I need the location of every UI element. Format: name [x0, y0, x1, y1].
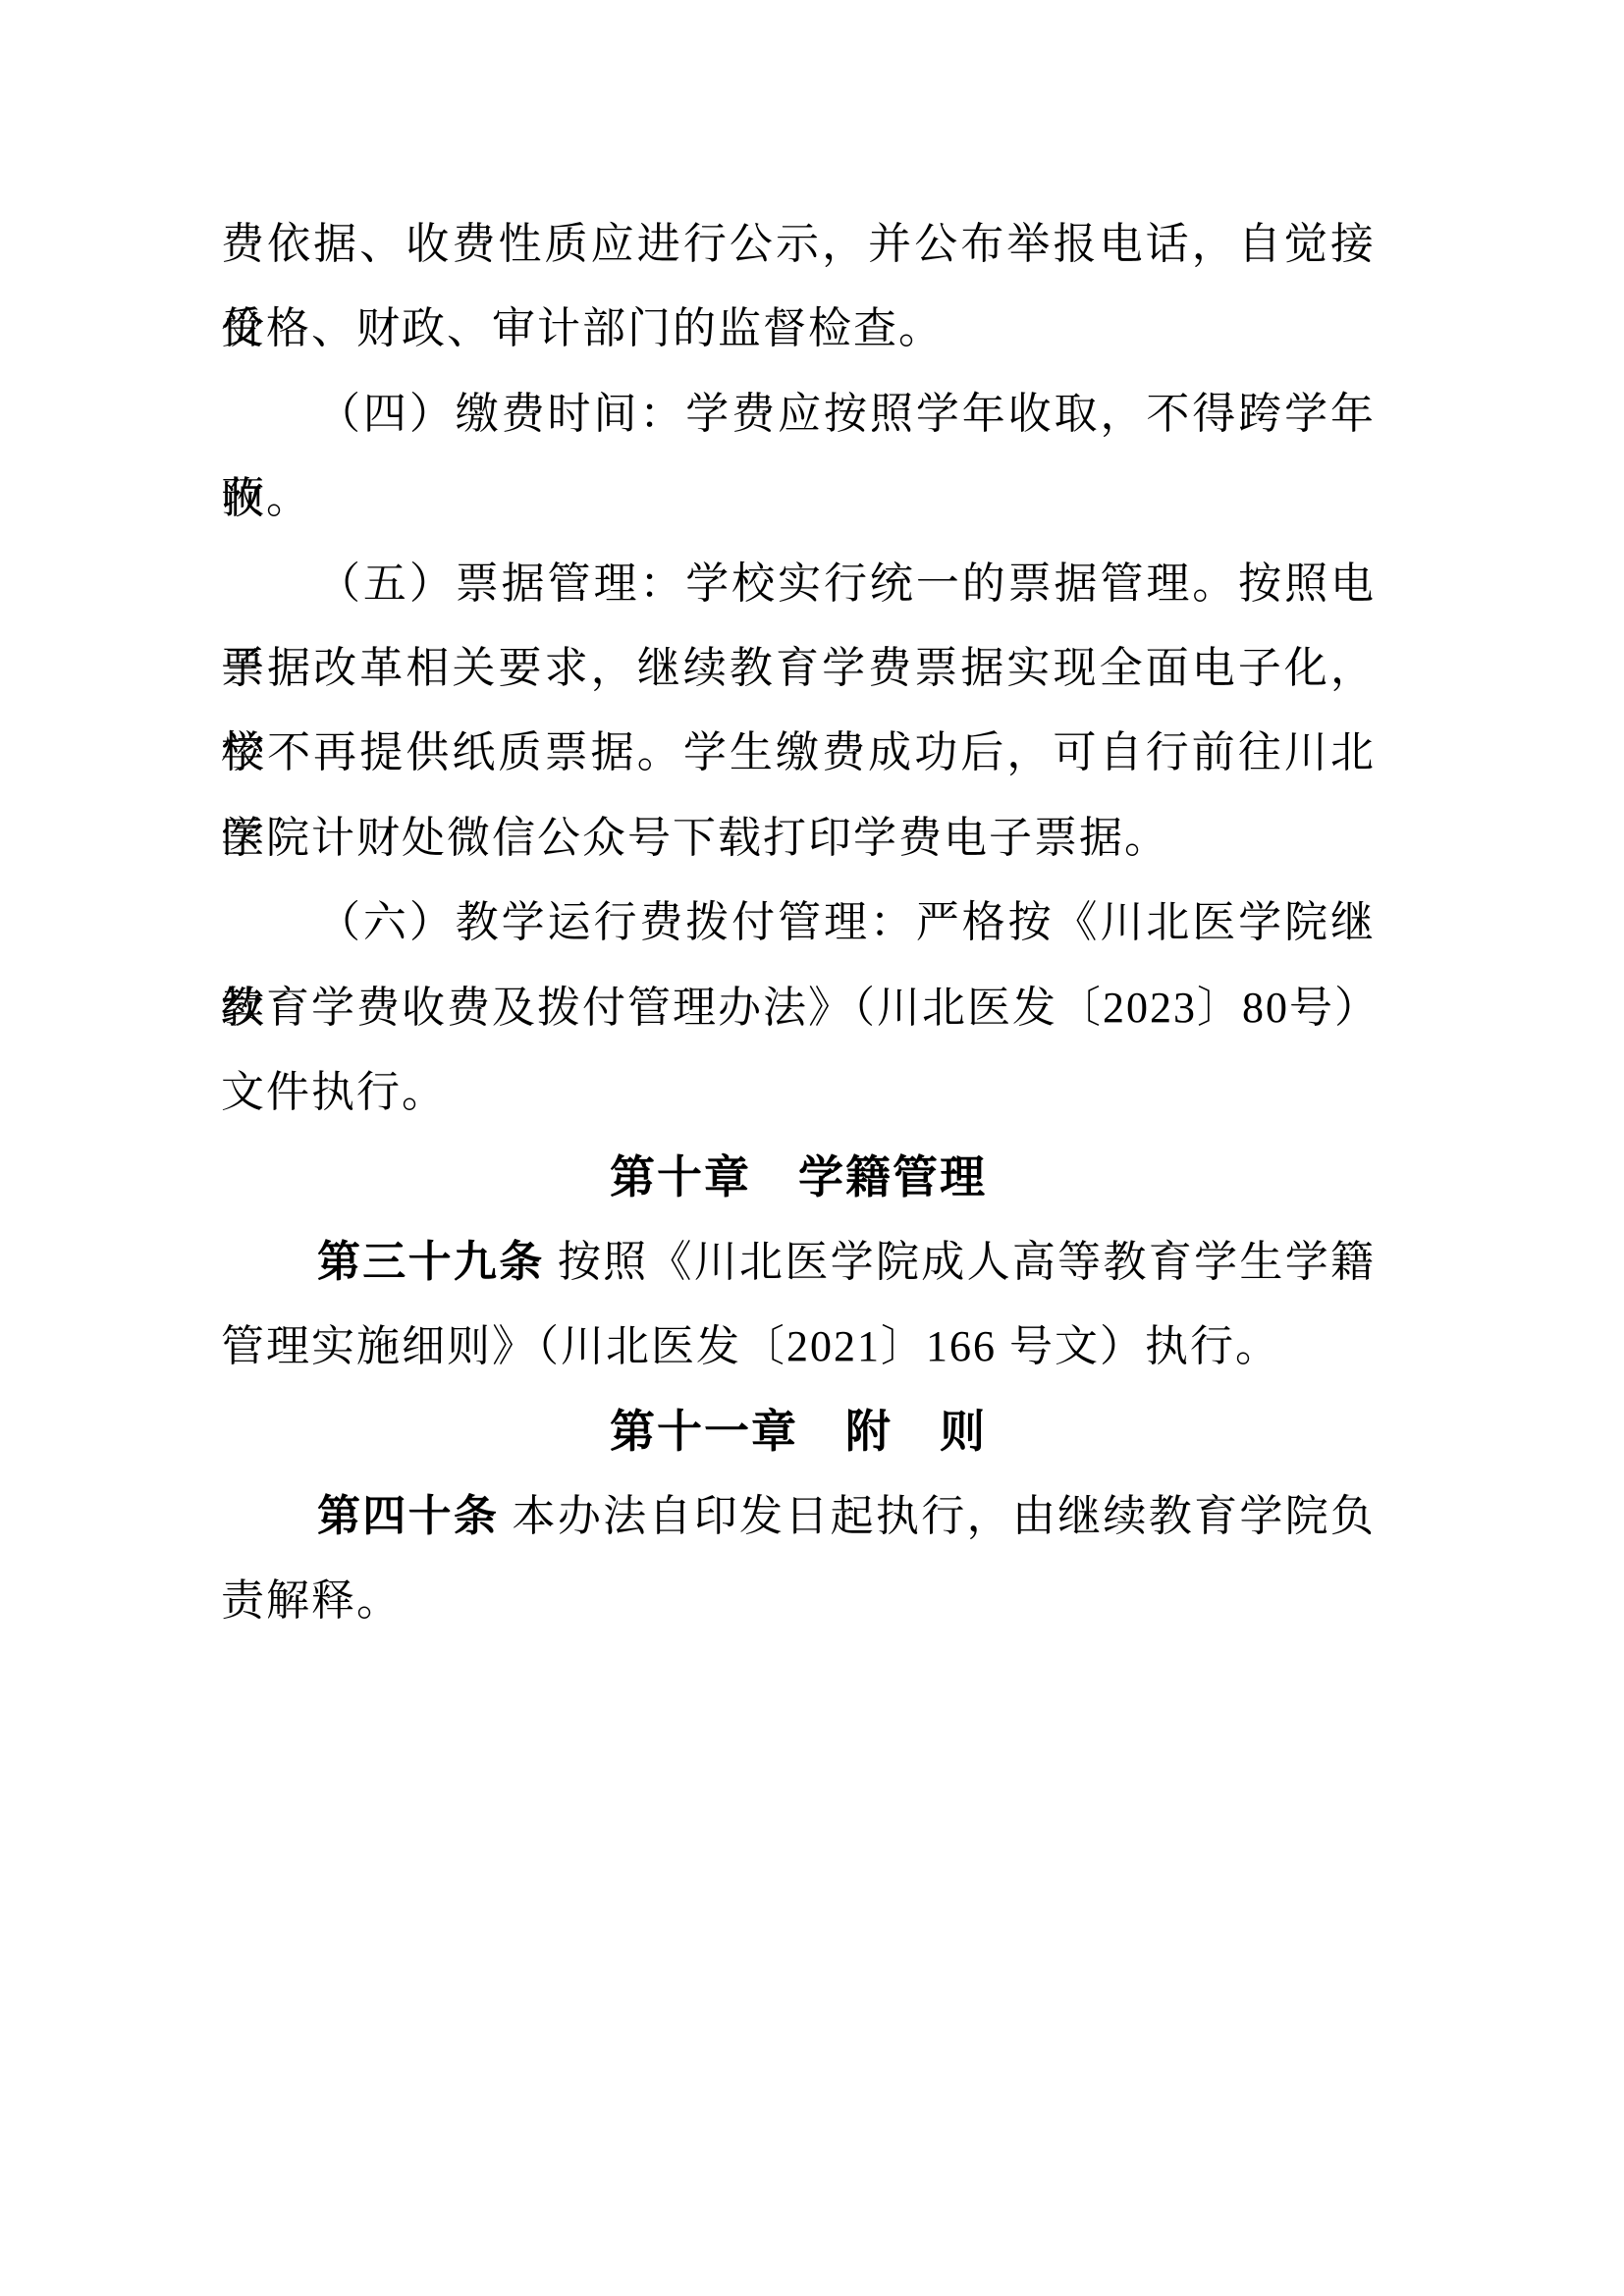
- text-run: 管理实施细则》（川北医发〔2021〕166 号文）执行。: [221, 1322, 1280, 1370]
- text-run: 价格、财政、审计部门的监督检查。: [221, 304, 944, 352]
- body-line-7: 校不再提供纸质票据。学生缴费成功后，可自行前往川北医: [221, 711, 1376, 795]
- body-line-11: 文件执行。: [221, 1050, 1376, 1135]
- body-line-13: 管理实施细则》（川北医发〔2021〕166 号文）执行。: [221, 1305, 1376, 1389]
- body-line-5: （五）票据管理：学校实行统一的票据管理。按照电子: [221, 542, 1376, 626]
- text-run: 学院计财处微信公众号下载打印学费电子票据。: [221, 814, 1169, 862]
- text-run: 收。: [221, 474, 311, 522]
- body-line-4: 收。: [221, 456, 1376, 541]
- body-line-9: （六）教学运行费拨付管理：严格按《川北医学院继续: [221, 881, 1376, 965]
- body-line-6: 票据改革相关要求，继续教育学费票据实现全面电子化，学: [221, 626, 1376, 711]
- article-number-bold: 第四十条: [317, 1492, 499, 1540]
- body-line-14: 第四十条 本办法自印发日起执行，由继续教育学院负: [221, 1474, 1376, 1559]
- document-page: 费依据、收费性质应进行公示，并公布举报电话，自觉接受价格、财政、审计部门的监督检…: [0, 0, 1624, 2296]
- text-run: 文件执行。: [221, 1068, 447, 1116]
- text-run: 责解释。: [221, 1576, 402, 1625]
- text-block: 费依据、收费性质应进行公示，并公布举报电话，自觉接受价格、财政、审计部门的监督检…: [221, 202, 1376, 1644]
- chapter-heading-11: 第十一章 附 则: [221, 1389, 1376, 1473]
- text-run: 按照《川北医学院成人高等教育学生学籍: [545, 1238, 1376, 1286]
- text-run: 本办法自印发日起执行，由继续教育学院负: [499, 1492, 1376, 1540]
- body-line-2: 价格、财政、审计部门的监督检查。: [221, 287, 1376, 371]
- body-line-15: 责解释。: [221, 1559, 1376, 1643]
- article-number-bold: 第三十九条: [317, 1238, 545, 1286]
- body-line-12: 第三十九条 按照《川北医学院成人高等教育学生学籍: [221, 1220, 1376, 1305]
- text-run: 第十章 学籍管理: [610, 1151, 987, 1202]
- text-run: 教育学费收费及拨付管理办法》（川北医发〔2023〕80号）: [221, 984, 1380, 1032]
- body-line-3: （四）缴费时间：学费应按照学年收取，不得跨学年预: [221, 372, 1376, 456]
- chapter-heading-10: 第十章 学籍管理: [221, 1135, 1376, 1219]
- body-line-1: 费依据、收费性质应进行公示，并公布举报电话，自觉接受: [221, 202, 1376, 287]
- body-line-8: 学院计财处微信公众号下载打印学费电子票据。: [221, 796, 1376, 881]
- body-line-10: 教育学费收费及拨付管理办法》（川北医发〔2023〕80号）: [221, 966, 1376, 1050]
- text-run: 第十一章 附 则: [610, 1406, 987, 1457]
